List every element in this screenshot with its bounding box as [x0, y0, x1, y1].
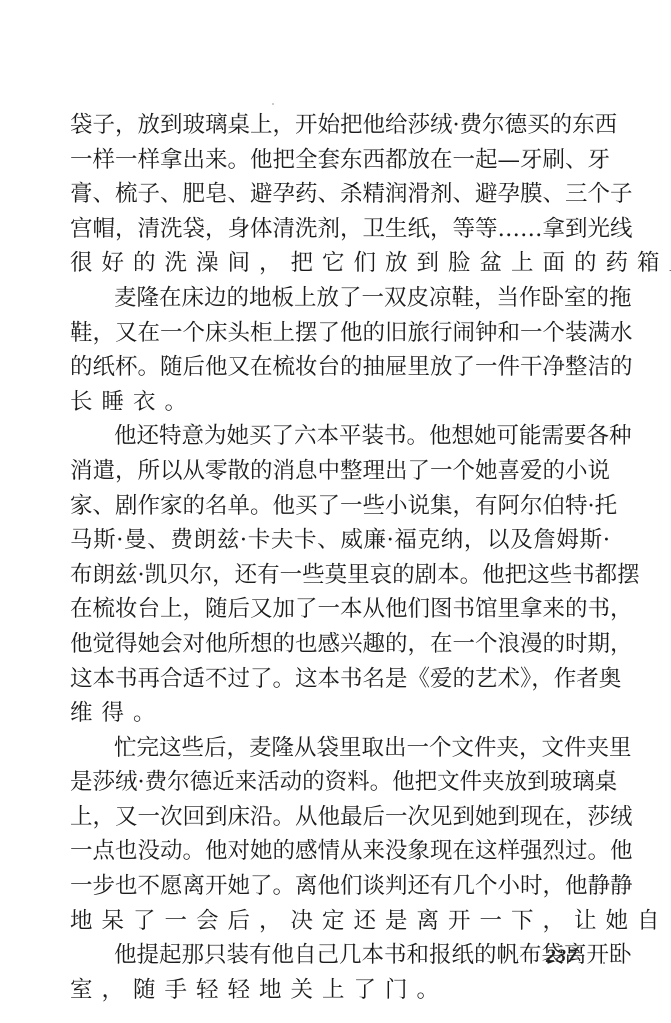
- text-line: 马斯·曼、费朗兹·卡夫卡、威廉·福克纳，以及詹姆斯·: [70, 523, 610, 558]
- text-line: 上，又一次回到床沿。从他最后一次见到她到现在，莎绒: [70, 800, 610, 835]
- text-line: 室，随手轻轻地关上了门。: [70, 973, 610, 1008]
- text-line: 地呆了一会后，决定还是离开一下，让她自己醒来。: [70, 904, 610, 939]
- text-line: 一步也不愿离开她了。离他们谈判还有几个小时，他静静: [70, 869, 610, 904]
- text-line: 在梳妆台上，随后又加了一本从他们图书馆里拿来的书，: [70, 592, 610, 627]
- book-page: 袋子，放到玻璃桌上，开始把他给莎绒·费尔德买的东西 一样一样拿出来。他把全套东西…: [0, 0, 671, 1023]
- page-number: 237: [546, 946, 578, 968]
- text-line: 的纸杯。随后他又在梳妆台的抽屉里放了一件干净整洁的: [70, 350, 610, 385]
- text-line: 他觉得她会对他所想的也感兴趣的，在一个浪漫的时期，: [70, 627, 610, 662]
- text-line: 袋子，放到玻璃桌上，开始把他给莎绒·费尔德买的东西: [70, 108, 610, 143]
- body-text: 袋子，放到玻璃桌上，开始把他给莎绒·费尔德买的东西 一样一样拿出来。他把全套东西…: [70, 108, 610, 1007]
- text-line: 他还特意为她买了六本平装书。他想她可能需要各种: [70, 419, 610, 454]
- text-line: 长睡衣。: [70, 385, 610, 420]
- text-line: 很好的洗澡间，把它们放到脸盆上面的药箱里。: [70, 246, 610, 281]
- text-line: 这本书再合适不过了。这本书名是《爱的艺术》，作者奥: [70, 662, 610, 697]
- scan-speck: [272, 103, 274, 105]
- text-line: 维得。: [70, 696, 610, 731]
- text-line: 一样一样拿出来。他把全套东西都放在一起—牙刷、牙: [70, 143, 610, 178]
- scan-speck: [603, 962, 605, 964]
- text-line: 消遣，所以从零散的消息中整理出了一个她喜爱的小说: [70, 454, 610, 489]
- text-line: 他提起那只装有他自己几本书和报纸的帆布袋离开卧: [70, 938, 610, 973]
- text-line: 一点也没动。他对她的感情从来没象现在这样强烈过。他: [70, 834, 610, 869]
- text-line: 忙完这些后，麦隆从袋里取出一个文件夹，文件夹里: [70, 731, 610, 766]
- scan-speck: [207, 962, 209, 964]
- text-line: 宫帽，清洗袋，身体清洗剂，卫生纸，等等……拿到光线: [70, 212, 610, 247]
- text-line: 鞋，又在一个床头柜上摆了他的旧旅行闹钟和一个装满水: [70, 316, 610, 351]
- text-line: 是莎绒·费尔德近来活动的资料。他把文件夹放到玻璃桌: [70, 765, 610, 800]
- text-line: 麦隆在床边的地板上放了一双皮凉鞋，当作卧室的拖: [70, 281, 610, 316]
- text-line: 膏、梳子、肥皂、避孕药、杀精润滑剂、避孕膜、三个子: [70, 177, 610, 212]
- text-line: 布朗兹·凯贝尔，还有一些莫里哀的剧本。他把这些书都摆: [70, 558, 610, 593]
- text-line: 家、剧作家的名单。他买了一些小说集，有阿尔伯特·托: [70, 489, 610, 524]
